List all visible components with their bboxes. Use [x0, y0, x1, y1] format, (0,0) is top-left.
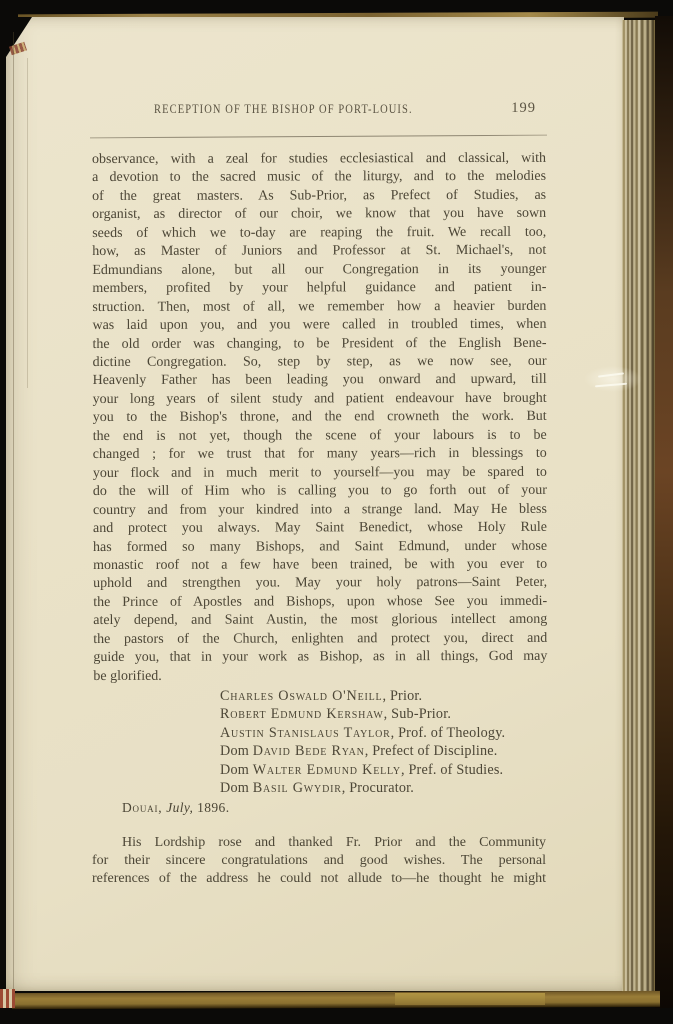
- signature-name: David Bede Ryan: [253, 743, 365, 759]
- dateline-place: Douai,: [122, 800, 162, 815]
- signature-line: Charles Oswald O'Neill, Prior.: [220, 687, 560, 705]
- signature-line: Austin Stanislaus Taylor, Prof. of Theol…: [220, 724, 560, 742]
- text-line: you to the Bishop's throne, and the end …: [93, 408, 547, 428]
- text-line: how, as Master of Juniors and Professor …: [92, 242, 546, 262]
- running-head-title: RECEPTION OF THE BISHOP OF PORT-LOUIS.: [154, 102, 413, 117]
- text-line: the pastors of the Church, enlighten and…: [93, 630, 547, 650]
- closing-paragraph: His Lordship rose and thanked Fr. Prior …: [92, 834, 546, 887]
- printed-page-content: RECEPTION OF THE BISHOP OF PORT-LOUIS. 1…: [0, 0, 673, 1024]
- signature-line: Dom David Bede Ryan, Prefect of Discipli…: [220, 742, 560, 760]
- text-line: the end is not yet, though the scene of …: [93, 427, 547, 447]
- text-line: of the great masters. As Sub-Prior, as P…: [92, 187, 546, 207]
- running-head: RECEPTION OF THE BISHOP OF PORT-LOUIS. 1…: [92, 102, 546, 120]
- signature-name: Basil Gwydir: [253, 780, 342, 796]
- signature-name: Walter Edmund Kelly: [253, 762, 401, 778]
- signature-role: , Prefect of Discipline.: [365, 743, 498, 759]
- text-line: Edmundians alone, but all our Congregati…: [92, 261, 546, 281]
- text-line: guide you, that in your work as Bishop, …: [93, 648, 547, 668]
- text-line: your flock and in much merit to yourself…: [93, 464, 547, 484]
- text-line: do the will of Him who is calling you to…: [93, 482, 547, 502]
- text-line: references of the address he could not a…: [92, 870, 546, 888]
- text-line: and protect you always. May Saint Benedi…: [93, 519, 547, 539]
- signature-role: , Prior.: [382, 688, 422, 704]
- dateline-year: 1896.: [197, 800, 229, 815]
- signature-line: Dom Walter Edmund Kelly, Pref. of Studie…: [220, 761, 560, 779]
- text-line: your long years of silent study and pati…: [93, 390, 547, 410]
- signature-role: , Pref. of Studies.: [401, 762, 503, 778]
- signature-block: Charles Oswald O'Neill, Prior.Robert Edm…: [220, 687, 560, 797]
- text-line: observance, with a zeal for studies eccl…: [92, 150, 546, 170]
- signature-name: Austin Stanislaus Taylor: [220, 725, 391, 741]
- text-line: has formed so many Bishops, and Saint Ed…: [93, 537, 547, 557]
- signature-line: Dom Basil Gwydir, Procurator.: [220, 779, 560, 797]
- text-line: monastic roof not a few have been traine…: [93, 556, 547, 576]
- text-line: uphold and strengthen you. May your holy…: [93, 574, 547, 594]
- text-line: was laid upon you, and you were called i…: [92, 316, 546, 336]
- signature-role: , Sub-Prior.: [384, 706, 451, 722]
- text-line: organist, as director of our choir, we k…: [92, 205, 546, 225]
- signature-name: Robert Edmund Kershaw: [220, 706, 384, 722]
- text-line: for their sincere congratulations and go…: [92, 852, 546, 870]
- dateline: Douai, July, 1896.: [122, 800, 229, 816]
- text-line: changed ; for we trust that for many yea…: [93, 445, 547, 465]
- page-number: 199: [511, 100, 536, 117]
- text-line: country and from your kindred into a str…: [93, 500, 547, 520]
- dateline-month: July,: [166, 800, 193, 815]
- text-line: struction. Then, most of all, we remembe…: [92, 297, 546, 317]
- text-line: a devotion to the sacred music of the li…: [92, 168, 546, 188]
- text-line: dictine Congregation. So, step by step, …: [93, 353, 547, 373]
- text-line: Heavenly Father has been leading you onw…: [93, 371, 547, 391]
- text-line: the Prince of Apostles and Bishops, upon…: [93, 593, 547, 613]
- text-line: be glorified.: [93, 666, 547, 686]
- text-line: members, profited by your helpful guidan…: [92, 279, 546, 299]
- signature-role: , Prof. of Theology.: [391, 725, 506, 741]
- text-line: ately depend, and Saint Austin, the most…: [93, 611, 547, 631]
- address-paragraph: observance, with a zeal for studies eccl…: [92, 150, 547, 686]
- signature-name: Charles Oswald O'Neill: [220, 688, 382, 704]
- text-line: seeds of which we to-day are reaping the…: [92, 224, 546, 244]
- signature-role: , Procurator.: [342, 780, 414, 796]
- header-rule: [90, 135, 547, 139]
- text-line: the old order was changing, to be Presid…: [92, 334, 546, 354]
- signature-line: Robert Edmund Kershaw, Sub-Prior.: [220, 705, 560, 723]
- text-line: His Lordship rose and thanked Fr. Prior …: [92, 834, 546, 852]
- photo-background: { "header": { "title": "RECEPTION OF THE…: [0, 0, 673, 1024]
